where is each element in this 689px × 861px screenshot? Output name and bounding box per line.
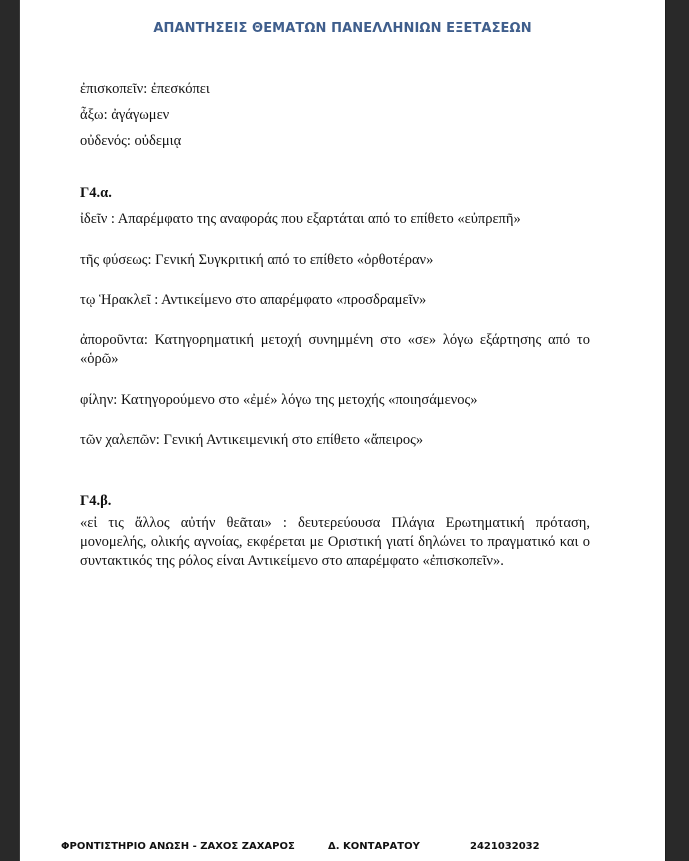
page-header-title: ΑΠΑΝΤΗΣΕΙΣ ΘΕΜΑΤΩΝ ΠΑΝΕΛΛΗΝΙΩΝ ΕΞΕΤΑΣΕΩΝ [20, 21, 665, 36]
section-b-paragraph: «εἰ τις ἄλλος αὐτήν θεᾶται» : δευτερεύου… [80, 514, 590, 571]
document-viewer: ΑΠΑΝΤΗΣΕΙΣ ΘΕΜΑΤΩΝ ΠΑΝΕΛΛΗΝΙΩΝ ΕΞΕΤΑΣΕΩΝ… [0, 0, 689, 861]
viewer-left-margin [0, 0, 20, 861]
section-a-item: τῆς φύσεως: Γενική Συγκριτική από το επί… [80, 251, 433, 270]
section-a-item: φίλην: Κατηγορούμενο στο «ἐμέ» λόγω της … [80, 391, 477, 410]
intro-line: ἐπισκοπεῖν: ἐπεσκόπει [80, 80, 210, 99]
intro-line: οὐδενός: οὐδεμιᾳ [80, 132, 181, 151]
viewer-scrollbar[interactable] [665, 0, 689, 861]
section-a-item: τῳ Ἡρακλεῖ : Αντικείμενο στο απαρέμφατο … [80, 291, 426, 310]
footer-center: Δ. ΚΟΝΤΑΡΑΤΟΥ [328, 841, 420, 852]
section-a-heading: Γ4.α. [80, 184, 112, 203]
section-b-heading: Γ4.β. [80, 492, 111, 511]
section-a-item: ἰδεῖν : Απαρέμφατο της αναφοράς που εξαρ… [80, 210, 521, 229]
footer-left: ΦΡΟΝΤΙΣΤΗΡΙΟ ΑΝΩΣΗ - ΖΑΧΟΣ ΖΑΧΑΡΟΣ [61, 841, 295, 852]
intro-line: ἆξω: ἀγάγωμεν [80, 106, 169, 125]
footer-phone: 2421032032 [470, 841, 540, 852]
document-page: ΑΠΑΝΤΗΣΕΙΣ ΘΕΜΑΤΩΝ ΠΑΝΕΛΛΗΝΙΩΝ ΕΞΕΤΑΣΕΩΝ… [20, 0, 665, 861]
section-a-item: ἀποροῦντα: Κατηγορηματική μετοχή συνημμέ… [80, 331, 590, 369]
section-a-item: τῶν χαλεπῶν: Γενική Αντικειμενική στο επ… [80, 431, 423, 450]
